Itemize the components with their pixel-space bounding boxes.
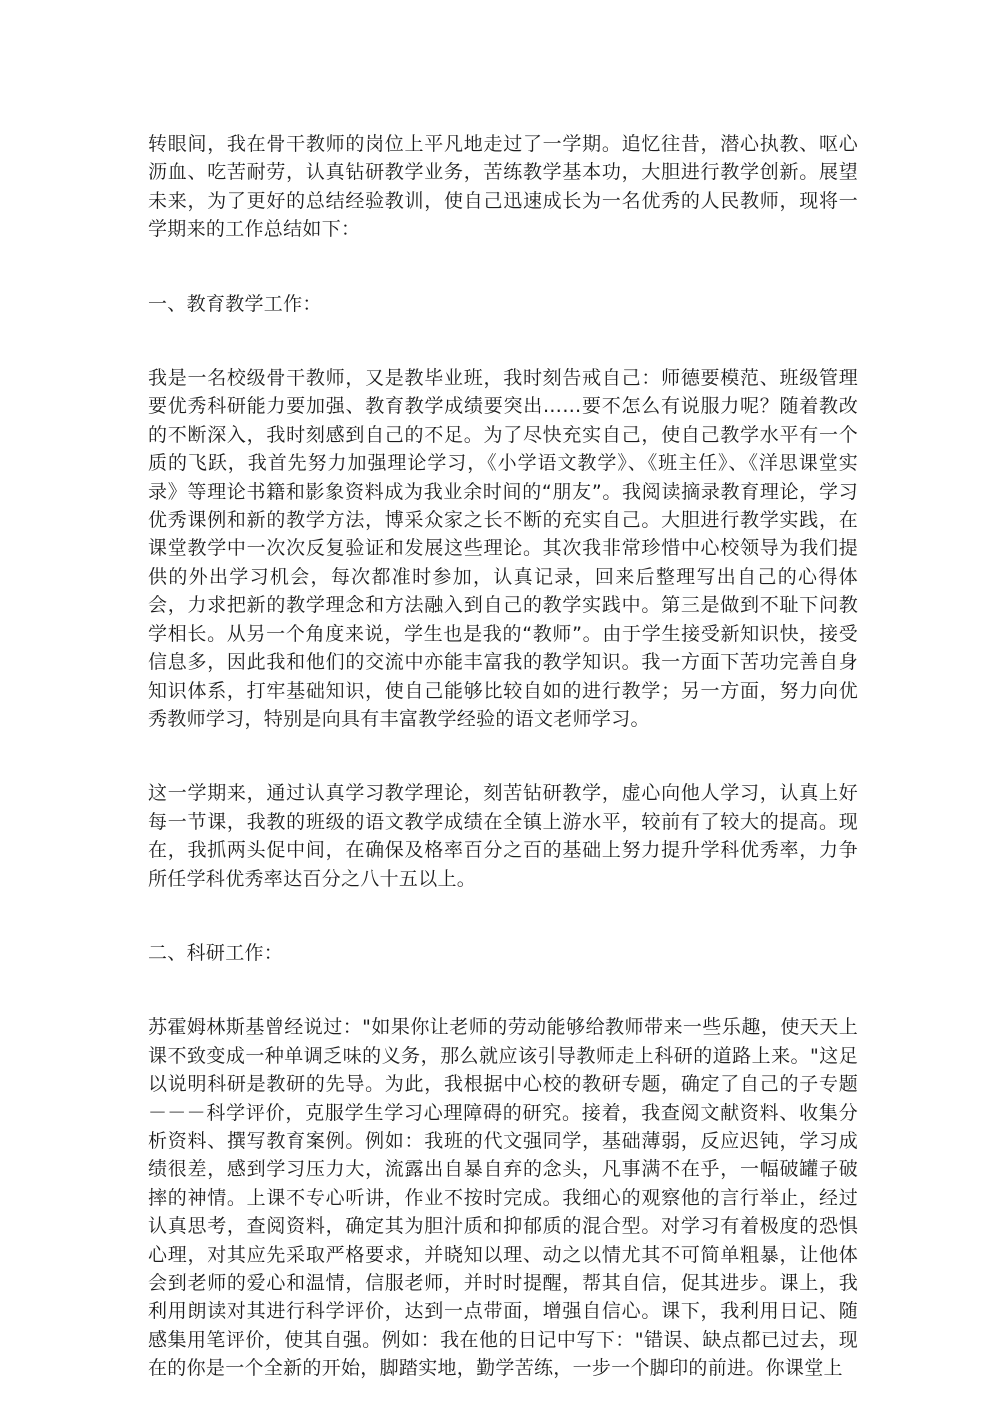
document-page: 转眼间，我在骨干教师的岗位上平凡地走过了一学期。追忆往昔，潜心执教、呕心沥血、吃… (0, 0, 1000, 1415)
paragraph-research-work: 苏霍姆林斯基曾经说过："如果你让老师的劳动能够给教师带来一些乐趣，使天天上课不致… (148, 1013, 858, 1382)
paragraph-intro: 转眼间，我在骨干教师的岗位上平凡地走过了一学期。追忆往昔，潜心执教、呕心沥血、吃… (148, 130, 858, 244)
section-heading-research: 二、科研工作： (148, 939, 858, 967)
paragraph-semester-results: 这一学期来，通过认真学习教学理论，刻苦钻研教学，虚心向他人学习，认真上好每一节课… (148, 779, 858, 893)
paragraph-teaching-work: 我是一名校级骨干教师，又是教毕业班，我时刻告戒自己：师德要模范、班级管理要优秀科… (148, 364, 858, 733)
section-heading-teaching: 一、教育教学工作： (148, 290, 858, 318)
